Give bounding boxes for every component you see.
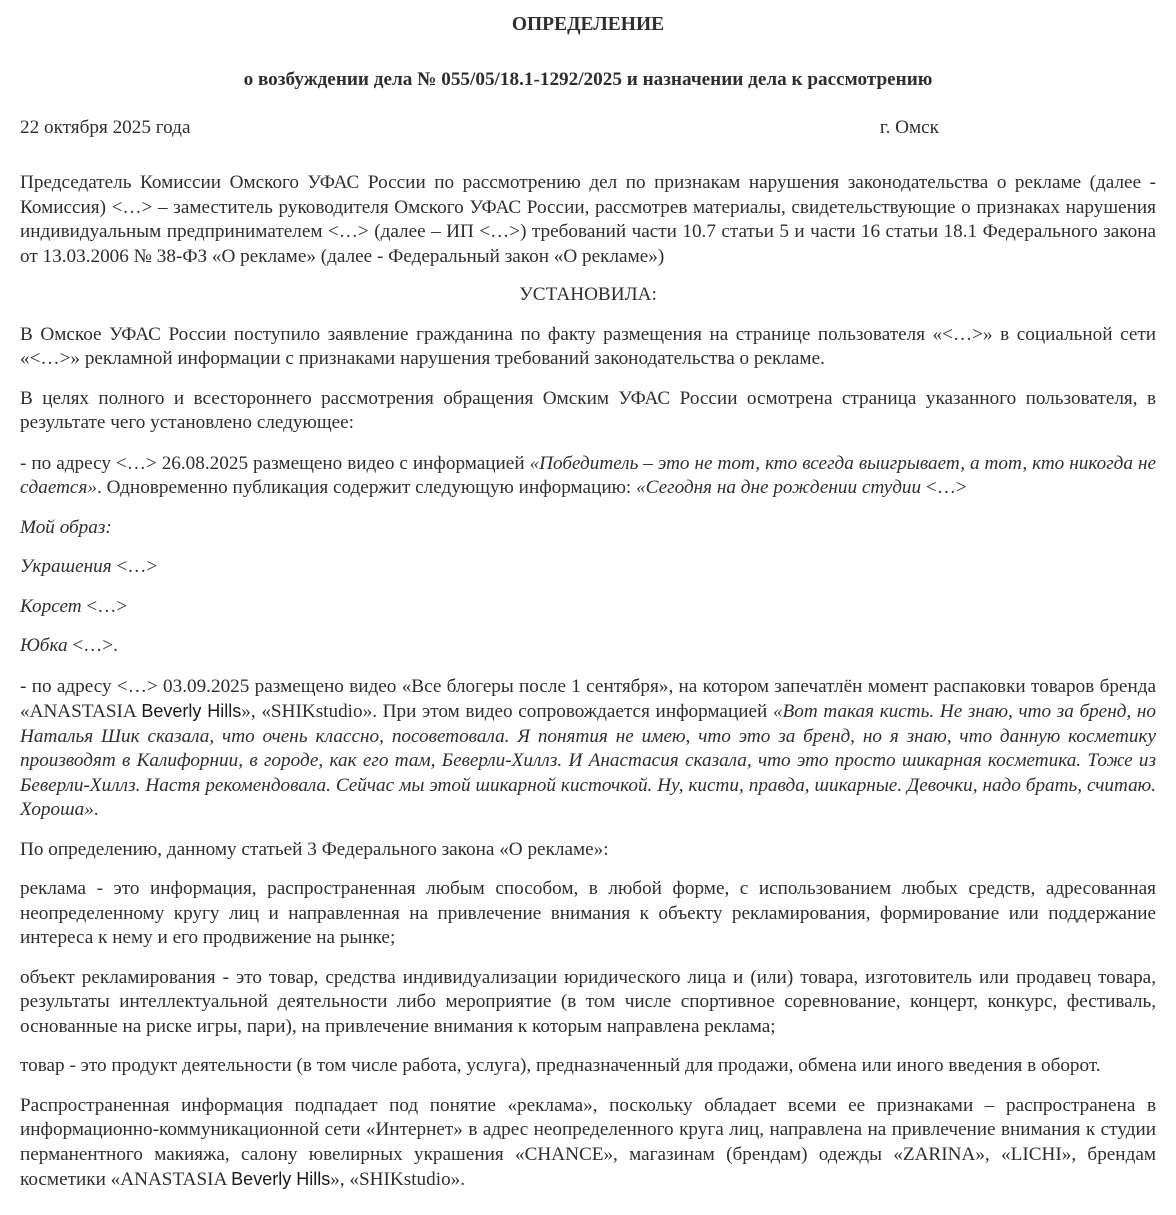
dateline: 22 октября 2025 года г. Омск xyxy=(20,116,1156,140)
look-line: Корсет <…> xyxy=(20,595,1156,620)
document-title: ОПРЕДЕЛЕНИЕ xyxy=(20,13,1156,37)
document-page: ОПРЕДЕЛЕНИЕ о возбуждении дела № 055/05/… xyxy=(0,13,1176,1193)
look-line: Юбка <…>. xyxy=(20,634,1156,659)
definition-object: объект рекламирования - это товар, средс… xyxy=(20,966,1156,1040)
conclusion-end: », «SHIKstudio». xyxy=(330,1169,465,1190)
look-line-tail: <…>. xyxy=(72,635,118,656)
item-2-middle: », «SHIKstudio». При этом видео сопровож… xyxy=(241,701,773,722)
item-2-end: . xyxy=(94,799,99,820)
look-line-label: Юбка xyxy=(20,635,72,656)
item-1-quote-2: «Сегодня на дне рождении студии xyxy=(636,477,926,498)
item-2-brand: Beverly Hills xyxy=(141,701,241,721)
document-city: г. Омск xyxy=(880,116,1156,140)
complaint-paragraph: В Омское УФАС России поступило заявление… xyxy=(20,323,1156,372)
conclusion-lead: Распространенная информация подпадает по… xyxy=(20,1095,1156,1191)
item-1-lead: - по адресу <…> 26.08.2025 размещено вид… xyxy=(20,453,530,474)
document-subtitle: о возбуждении дела № 055/05/18.1-1292/20… xyxy=(20,68,1156,92)
item-2-paragraph: - по адресу <…> 03.09.2025 размещено вид… xyxy=(20,675,1156,823)
definition-intro: По определению, данному статьей 3 Федера… xyxy=(20,838,1156,863)
established-heading: УСТАНОВИЛА: xyxy=(20,283,1156,308)
look-line-label: Мой образ: xyxy=(20,517,112,538)
conclusion-brand: Beverly Hills xyxy=(231,1169,330,1189)
item-1-paragraph: - по адресу <…> 26.08.2025 размещено вид… xyxy=(20,452,1156,501)
definition-advertising: реклама - это информация, распространенн… xyxy=(20,877,1156,951)
look-line-label: Украшения xyxy=(20,556,116,577)
item-1-quote-2-tail: <…> xyxy=(926,477,967,498)
look-line-tail: <…> xyxy=(116,556,157,577)
item-1-middle: . Одновременно публикация содержит следу… xyxy=(97,477,636,498)
look-line-label: Корсет xyxy=(20,596,86,617)
look-line-tail: <…> xyxy=(86,596,127,617)
look-line: Украшения <…> xyxy=(20,555,1156,580)
review-paragraph: В целях полного и всестороннего рассмотр… xyxy=(20,387,1156,436)
document-date: 22 октября 2025 года xyxy=(20,116,190,140)
look-line: Мой образ: xyxy=(20,516,1156,541)
conclusion-paragraph: Распространенная информация подпадает по… xyxy=(20,1094,1156,1193)
intro-paragraph: Председатель Комиссии Омского УФАС Росси… xyxy=(20,171,1156,269)
definition-goods: товар - это продукт деятельности (в том … xyxy=(20,1054,1156,1079)
